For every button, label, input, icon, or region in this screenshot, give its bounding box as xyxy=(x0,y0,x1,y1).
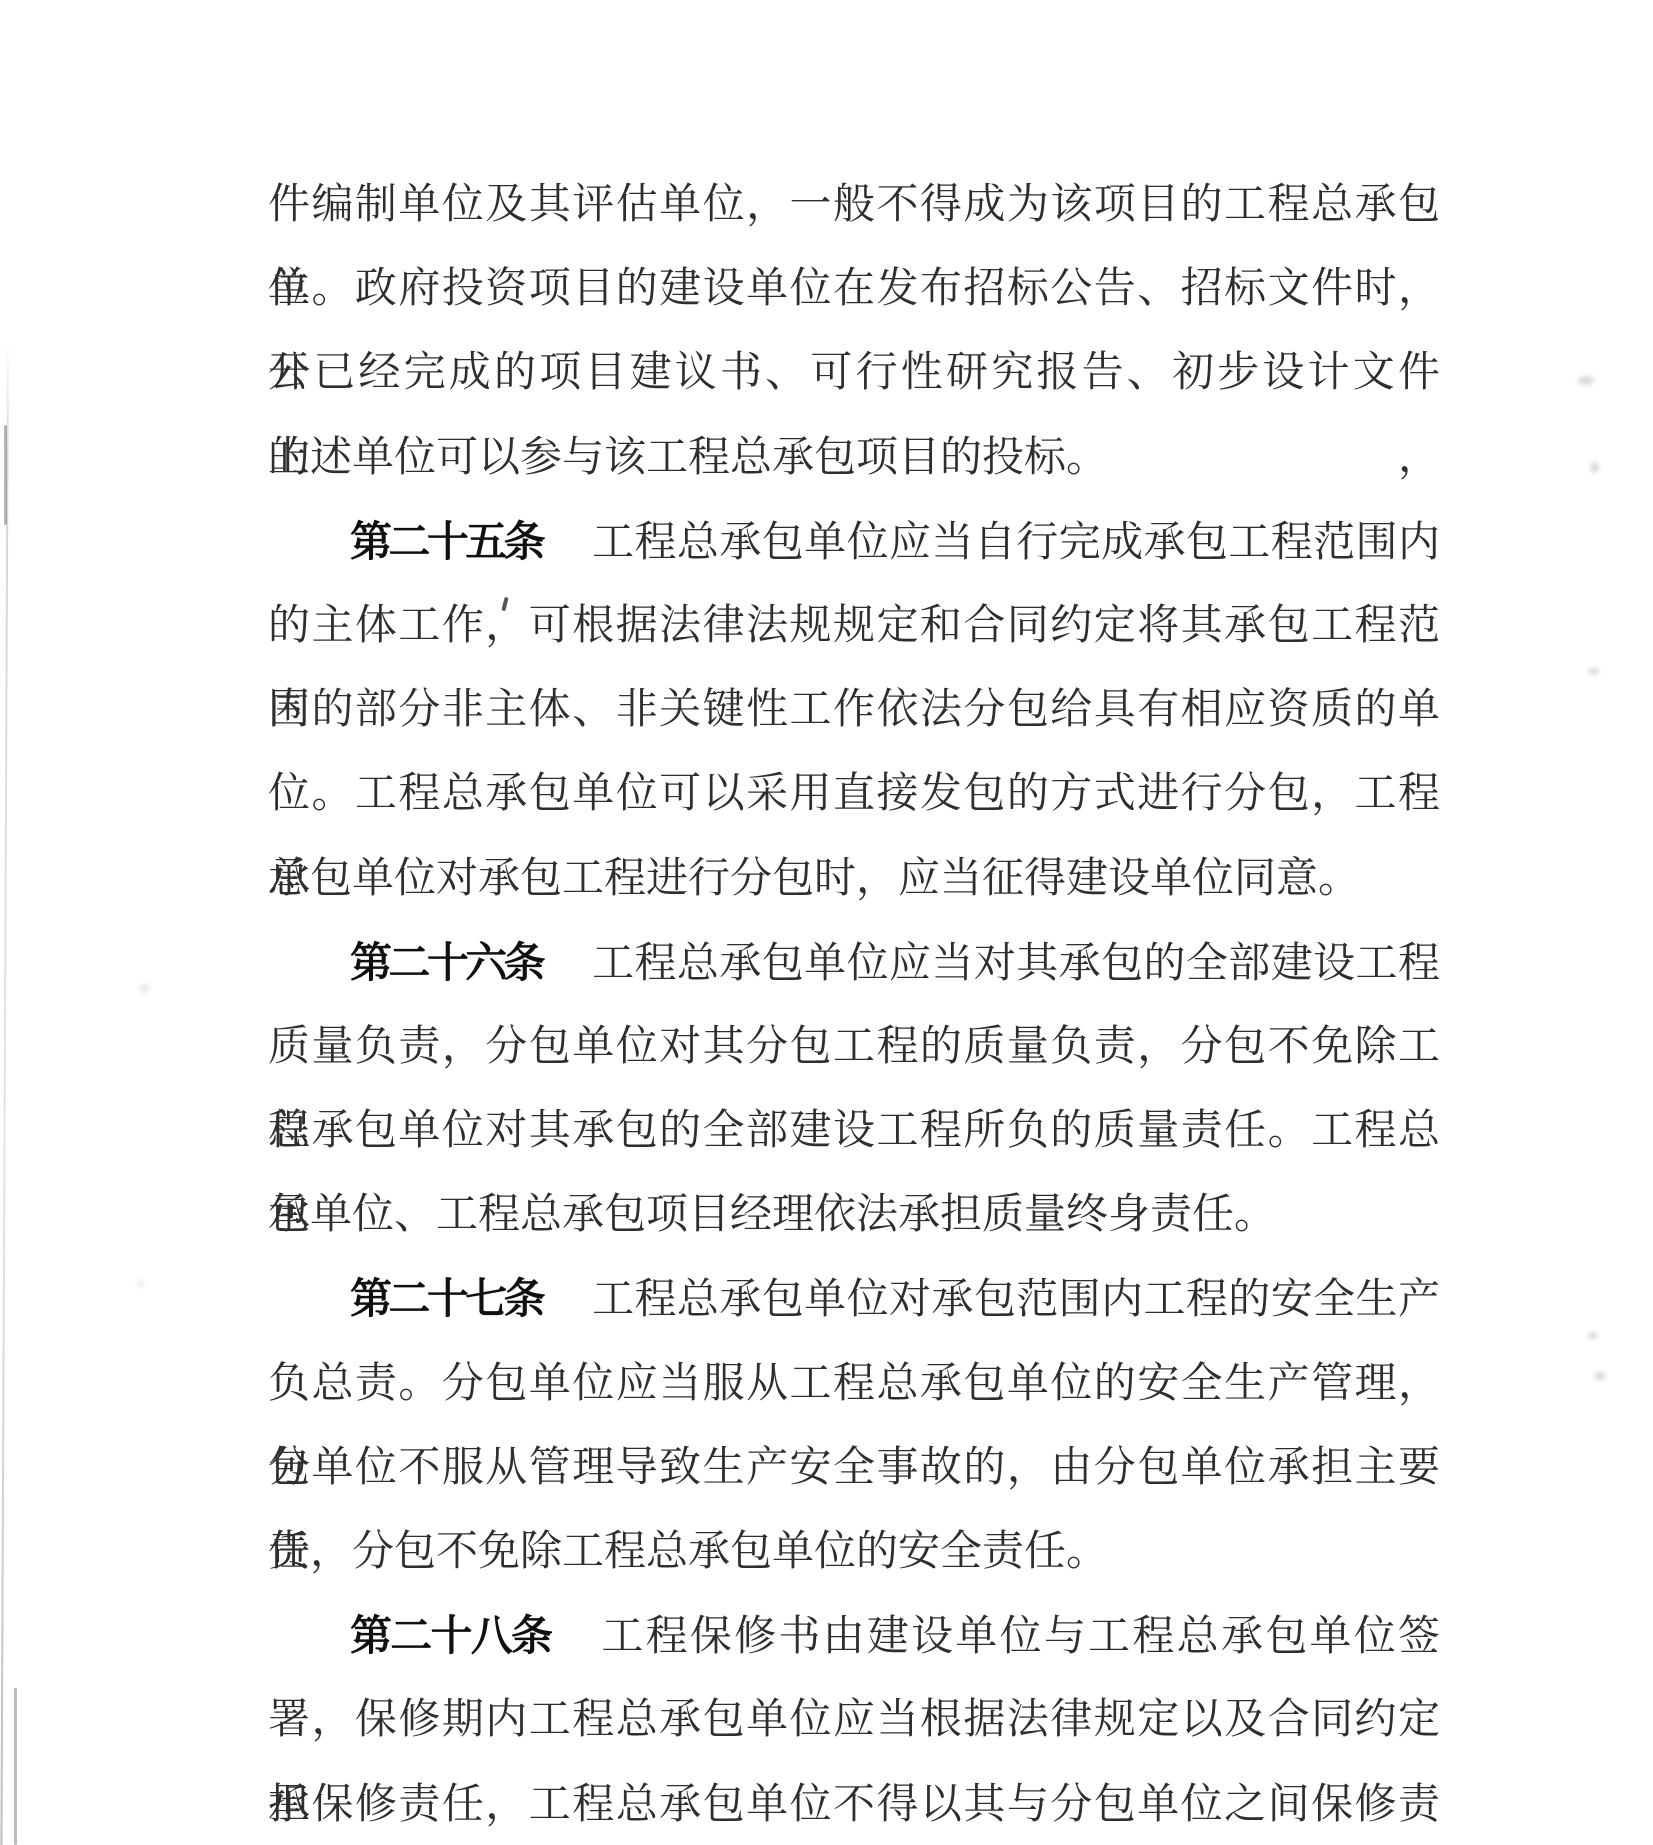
text-line: 任，分包不免除工程总承包单位的安全责任。 xyxy=(268,1510,1440,1594)
scan-streak-artifact xyxy=(0,340,9,1845)
text-line: 位。工程总承包单位可以采用直接发包的方式进行分包，工程总 xyxy=(268,752,1440,836)
article-number: 第二十七条 xyxy=(350,1275,542,1322)
scan-smudge-artifact xyxy=(1588,668,1599,675)
text-line: 包单位不服从管理导致生产安全事故的，由分包单位承担主要责 xyxy=(268,1426,1440,1510)
article-line-text: 工程总承包单位应当自行完成承包工程范围内 xyxy=(592,520,1440,566)
text-line: 内的部分非主体、非关键性工作依法分包给具有相应资质的单 xyxy=(268,668,1440,752)
article-heading-line: 第二十六条工程总承包单位应当对其承包的全部建设工程 xyxy=(268,921,1440,1005)
article-heading-line: 第二十五条工程总承包单位应当自行完成承包工程范围内 xyxy=(268,500,1440,584)
document-text-block: 件编制单位及其评估单位，一般不得成为该项目的工程总承包单位。政府投资项目的建设单… xyxy=(268,163,1440,1845)
article-line-text: 工程总承包单位对承包范围内工程的安全生产 xyxy=(592,1277,1440,1323)
article-number: 第二十五条 xyxy=(350,518,542,565)
scanned-document-page: 件编制单位及其评估单位，一般不得成为该项目的工程总承包单位。政府投资项目的建设单… xyxy=(0,0,1653,1845)
scan-smudge-artifact xyxy=(1594,1372,1606,1380)
text-line: 位。政府投资项目的建设单位在发布招标公告、招标文件时，公 xyxy=(268,247,1440,331)
article-line-text: 工程保修书由建设单位与工程总承包单位签 xyxy=(601,1614,1440,1660)
article-heading-line: 第二十八条工程保修书由建设单位与工程总承包单位签 xyxy=(268,1594,1440,1678)
scan-smudge-artifact xyxy=(1590,462,1599,473)
text-line: 承包单位对承包工程进行分包时，应当征得建设单位同意。 xyxy=(268,837,1440,921)
scan-streak-dash-artifact xyxy=(14,1688,17,1845)
text-line: 负总责。分包单位应当服从工程总承包单位的安全生产管理，分 xyxy=(268,1342,1440,1426)
scan-streak-dash-artifact xyxy=(4,425,7,525)
scan-smudge-artifact xyxy=(140,984,149,993)
article-number: 第二十八条 xyxy=(350,1612,551,1659)
article-line-text: 工程总承包单位应当对其承包的全部建设工程 xyxy=(592,941,1440,987)
text-line: 包单位、工程总承包项目经理依法承担质量终身责任。 xyxy=(268,1173,1440,1257)
scan-smudge-artifact xyxy=(137,1280,144,1287)
text-line: 担保修责任，工程总承包单位不得以其与分包单位之间保修责任 xyxy=(268,1763,1440,1845)
article-number: 第二十六条 xyxy=(350,939,542,986)
text-line: 质量负责，分包单位对其分包工程的质量负责，分包不免除工程 xyxy=(268,1005,1440,1089)
scan-smudge-artifact xyxy=(1578,376,1594,385)
text-line: 总承包单位对其承包的全部建设工程所负的质量责任。工程总承 xyxy=(268,1089,1440,1173)
text-line: 署，保修期内工程总承包单位应当根据法律规定以及合同约定承 xyxy=(268,1678,1440,1762)
text-line: 的主体工作，可根据法律法规规定和合同约定将其承包工程范围 xyxy=(268,584,1440,668)
text-line: 开已经完成的项目建议书、可行性研究报告、初步设计文件的， xyxy=(268,331,1440,415)
article-heading-line: 第二十七条工程总承包单位对承包范围内工程的安全生产 xyxy=(268,1257,1440,1341)
scan-smudge-artifact xyxy=(1588,1332,1598,1339)
text-line: 件编制单位及其评估单位，一般不得成为该项目的工程总承包单 xyxy=(268,163,1440,247)
